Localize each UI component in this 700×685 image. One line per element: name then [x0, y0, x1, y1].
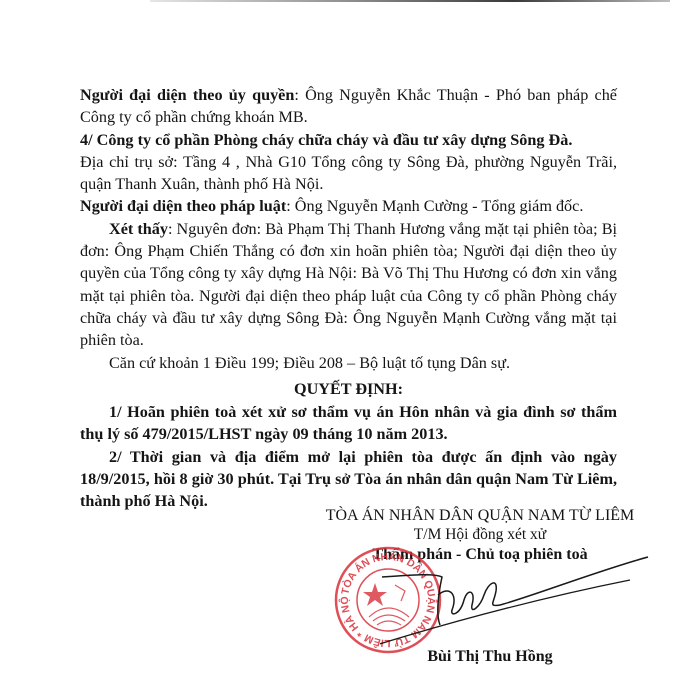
paragraph-legal-rep: Người đại diện theo pháp luật: Ông Nguyễ… — [80, 195, 617, 217]
paragraph-authorized-rep: Người đại diện theo ủy quyền: Ông Nguyễn… — [80, 84, 617, 129]
paragraph-findings: Xét thấy: Nguyên đơn: Bà Phạm Thị Thanh … — [80, 218, 617, 352]
party-4-heading: 4/ Công ty cổ phần Phòng cháy chữa cháy … — [80, 129, 617, 151]
court-name: TÒA ÁN NHÂN DÂN QUẬN NAM TỪ LIÊM — [290, 506, 670, 525]
paragraph-legal-basis: Căn cứ khoản 1 Điều 199; Điều 208 – Bộ l… — [80, 352, 617, 374]
decision-item-2: 2/ Thời gian và địa điểm mở lại phiên tò… — [80, 446, 617, 513]
signer-name: Bùi Thị Thu Hồng — [390, 648, 590, 666]
scan-edge — [150, 0, 670, 2]
decision-title: QUYẾT ĐỊNH: — [80, 378, 617, 400]
decision-item-1: 1/ Hoãn phiên toà xét xử sơ thẩm vụ án H… — [80, 401, 617, 446]
paragraph-address: Địa chỉ trụ sở: Tầng 4 , Nhà G10 Tổng cô… — [80, 151, 617, 196]
on-behalf-line: T/M Hội đồng xét xử — [290, 525, 670, 544]
document-body: Người đại diện theo ủy quyền: Ông Nguyễn… — [80, 84, 617, 513]
